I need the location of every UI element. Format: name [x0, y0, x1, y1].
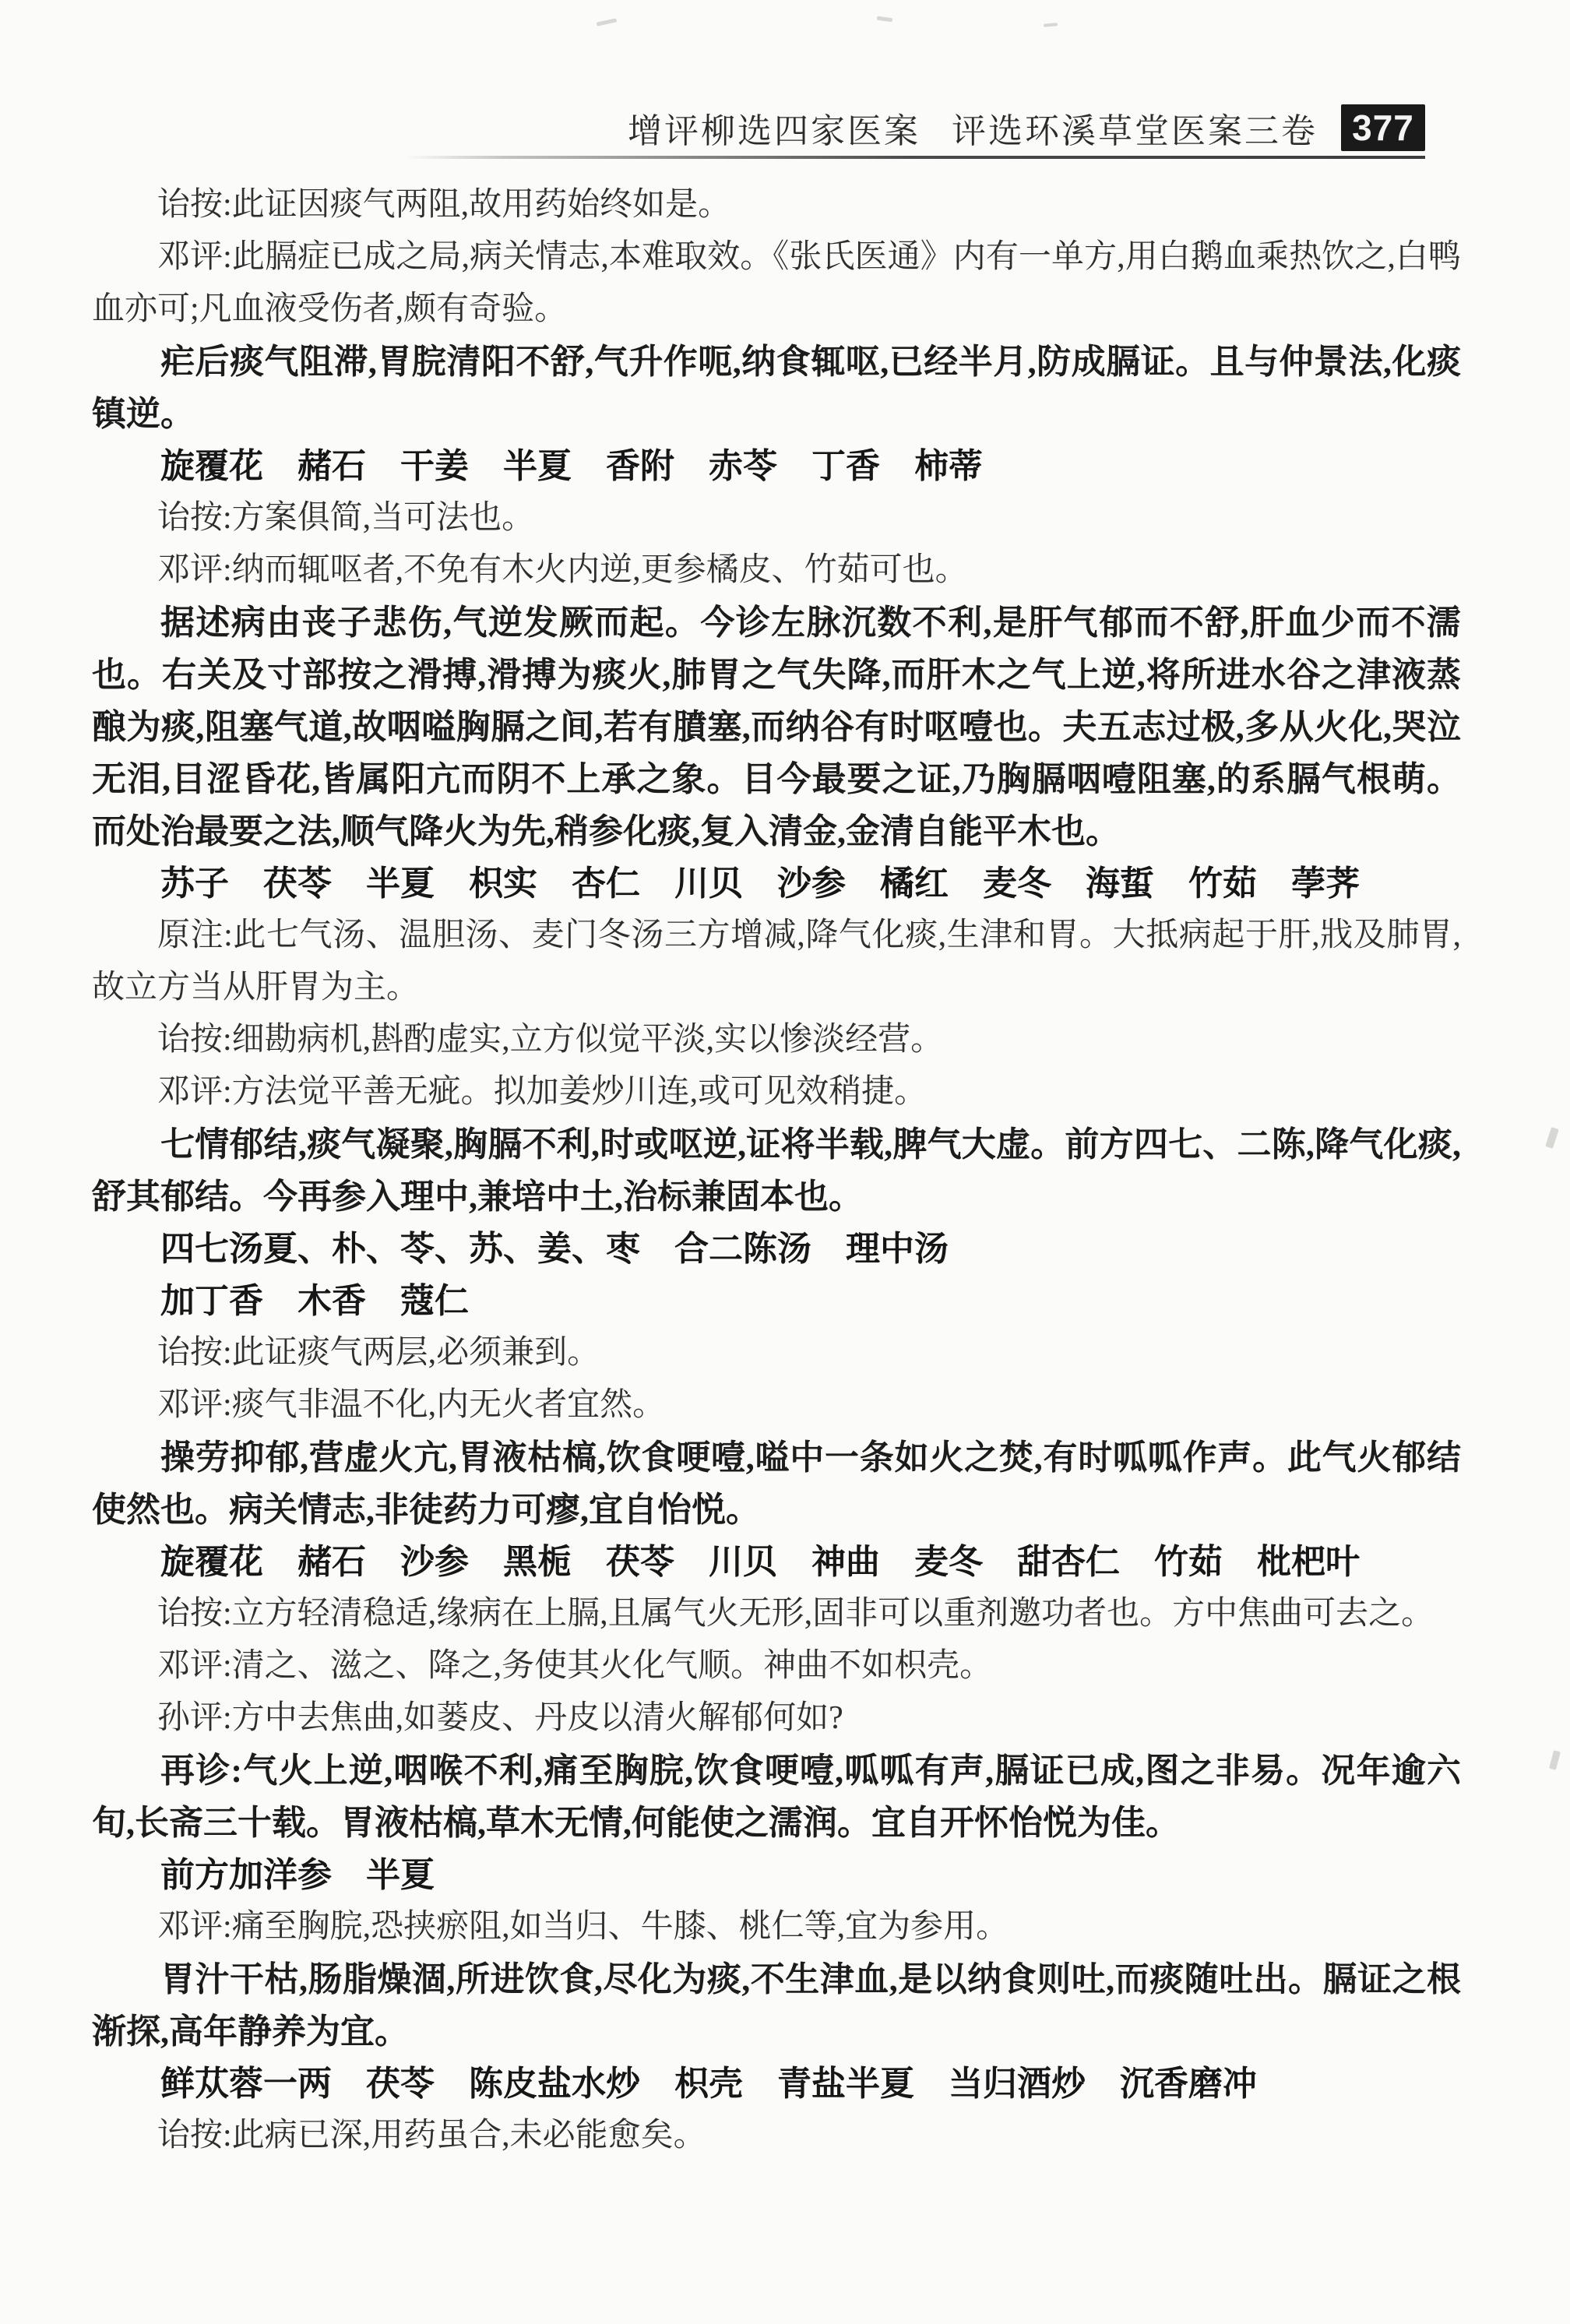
paragraph-comment: 诒按:此病已深,用药虽合,未必能愈矣。 [92, 2110, 1461, 2162]
paragraph-comment: 诒按:方案俱简,当可法也。 [92, 492, 1461, 544]
scan-artifact [1044, 23, 1058, 27]
paragraph-comment: 邓评:方法觉平善无疵。拟加姜炒川连,或可见效稍捷。 [92, 1066, 1461, 1118]
paragraph-comment: 原注:此七气汤、温胆汤、麦门冬汤三方增减,降气化痰,生津和胃。大抵病起于肝,戕及… [92, 910, 1461, 1014]
running-title-volume: 评选环溪草堂医案三卷 [952, 112, 1318, 150]
paragraph-rx: 加丁香 木香 蔻仁 [92, 1275, 1461, 1327]
paragraph-main: 操劳抑郁,营虚火亢,胃液枯槁,饮食哽噎,嗌中一条如火之焚,有时呱呱作声。此气火郁… [92, 1431, 1461, 1536]
paragraph-comment: 诒按:此证因痰气两阻,故用药始终如是。 [92, 179, 1461, 231]
paragraph-comment: 邓评:此膈症已成之局,病关情志,本难取效。《张氏医通》内有一单方,用白鹅血乘热饮… [92, 231, 1461, 336]
paragraph-comment: 诒按:此证痰气两层,必须兼到。 [92, 1327, 1461, 1379]
paragraph-rx: 四七汤夏、朴、苓、苏、姜、枣 合二陈汤 理中汤 [92, 1223, 1461, 1275]
paragraph-rx: 苏子 茯苓 半夏 枳实 杏仁 川贝 沙参 橘红 麦冬 海蜇 竹茹 荸荠 [92, 857, 1461, 910]
paragraph-comment: 诒按:细勘病机,斟酌虚实,立方似觉平淡,实以惨淡经营。 [92, 1014, 1461, 1066]
paragraph-main: 据述病由丧子悲伤,气逆发厥而起。今诊左脉沉数不利,是肝气郁而不舒,肝血少而不濡也… [92, 597, 1461, 857]
scan-artifact [877, 16, 893, 23]
paragraph-comment: 诒按:立方轻清稳适,缘病在上膈,且属气火无形,固非可以重剂邀功者也。方中焦曲可去… [92, 1588, 1461, 1640]
paragraph-comment: 孙评:方中去焦曲,如蒌皮、丹皮以清火解郁何如? [92, 1692, 1461, 1745]
paragraph-comment: 邓评:痰气非温不化,内无火者宜然。 [92, 1379, 1461, 1431]
paragraph-rx: 鲜苁蓉一两 茯苓 陈皮盐水炒 枳壳 青盐半夏 当归酒炒 沉香磨冲 [92, 2058, 1461, 2110]
paragraph-rx: 旋覆花 赭石 干姜 半夏 香附 赤苓 丁香 柿蒂 [92, 440, 1461, 492]
scan-artifact [1549, 1750, 1561, 1770]
running-title-book: 增评柳选四家医案 [628, 112, 921, 150]
paragraph-main: 胃汁干枯,肠脂燥涸,所进饮食,尽化为痰,不生津血,是以纳食则吐,而痰随吐出。膈证… [92, 1953, 1461, 2058]
paragraph-main: 七情郁结,痰气凝聚,胸膈不利,时或呕逆,证将半载,脾气大虚。前方四七、二陈,降气… [92, 1118, 1461, 1223]
header-rule [405, 156, 1425, 159]
scan-artifact [597, 18, 617, 26]
page-header: 增评柳选四家医案评选环溪草堂医案三卷 377 [628, 103, 1425, 153]
paragraph-comment: 邓评:痛至胸脘,恐挟瘀阻,如当归、牛膝、桃仁等,宜为参用。 [92, 1901, 1461, 1953]
page-number-badge: 377 [1341, 104, 1425, 151]
paragraph-rx: 前方加洋参 半夏 [92, 1849, 1461, 1901]
paragraph-comment: 邓评:清之、滋之、降之,务使其火化气顺。神曲不如枳壳。 [92, 1640, 1461, 1692]
running-title: 增评柳选四家医案评选环溪草堂医案三卷 [628, 103, 1318, 153]
paragraph-main: 疟后痰气阻滞,胃脘清阳不舒,气升作呃,纳食辄呕,已经半月,防成膈证。且与仲景法,… [92, 336, 1461, 440]
paragraph-comment: 邓评:纳而辄呕者,不免有木火内逆,更参橘皮、竹茹可也。 [92, 544, 1461, 597]
case-text: 诒按:此证因痰气两阻,故用药始终如是。邓评:此膈症已成之局,病关情志,本难取效。… [92, 179, 1461, 2162]
scan-artifact [1545, 1127, 1559, 1149]
book-page: 增评柳选四家医案评选环溪草堂医案三卷 377 诒按:此证因痰气两阻,故用药始终如… [0, 0, 1570, 2324]
paragraph-main: 再诊:气火上逆,咽喉不利,痛至胸脘,饮食哽噎,呱呱有声,膈证已成,图之非易。况年… [92, 1745, 1461, 1849]
page-number: 377 [1352, 107, 1414, 149]
paragraph-rx: 旋覆花 赭石 沙参 黑栀 茯苓 川贝 神曲 麦冬 甜杏仁 竹茹 枇杷叶 [92, 1536, 1461, 1588]
